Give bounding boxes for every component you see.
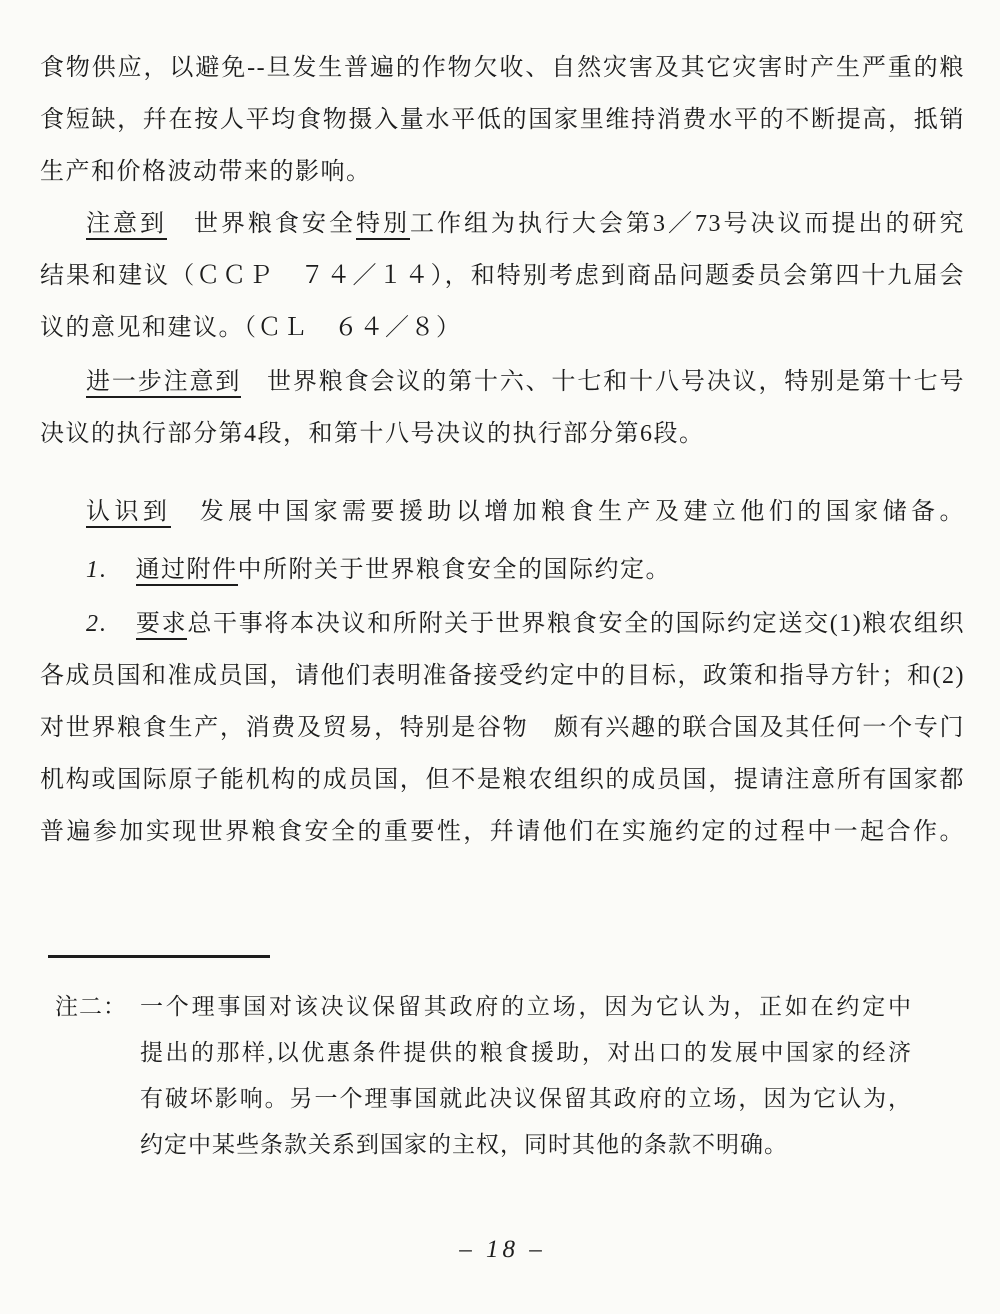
text-run: 一个理事国对该决议保留其政府的立场，因为它认为，正如在约定中 bbox=[140, 994, 912, 1019]
underlined-text: 注意到 bbox=[86, 211, 167, 240]
underlined-text: 特別 bbox=[356, 211, 410, 240]
text-run: 议的意见和建议。（ＣＬ ６４／８） bbox=[40, 315, 462, 341]
text-line: 各成员国和准成员国，请他们表明准备接受约定中的目标，政策和指导方针；和(2) bbox=[40, 650, 965, 702]
text-run bbox=[110, 557, 136, 583]
text-line: 注意到 世界粮食安全特別工作组为执行大会第3／73号决议而提出的研究 bbox=[40, 198, 965, 250]
underlined-text: 进一步注意到 bbox=[86, 369, 241, 398]
text-line: 对世界粮食生产，消费及贸易，特别是谷物 颇有兴趣的联合国及其任何一个专门 bbox=[40, 702, 965, 754]
text-run: 结果和建议（ＣＣＰ ７４／１４），和特别考虑到商品问题委员会第四十九届会 bbox=[40, 263, 965, 289]
text-run: 对世界粮食生产，消费及贸易，特别是谷物 颇有兴趣的联合国及其任何一个专门 bbox=[40, 715, 965, 741]
text-run: 中所附关于世界粮食安全的国际约定。 bbox=[238, 557, 672, 583]
para-further-noting: 进一步注意到 世界粮食会议的第十六、十七和十八号决议，特别是第十七号决议的执行部… bbox=[40, 356, 965, 460]
text-line: 食短缺，幷在按人平均食物摄入量水平低的国家里维持消费水平的不断提高，抵销 bbox=[40, 94, 965, 146]
text-line: 1. 通过附件中所附关于世界粮食安全的国际约定。 bbox=[40, 544, 965, 596]
para-noting: 注意到 世界粮食安全特別工作组为执行大会第3／73号决议而提出的研究结果和建议（… bbox=[40, 198, 965, 354]
item-number: 2. bbox=[86, 611, 110, 637]
footnote-separator-rule bbox=[48, 955, 270, 958]
text-line: 一个理事国对该决议保留其政府的立场，因为它认为，正如在约定中 bbox=[140, 984, 912, 1030]
text-line: 食物供应，以避免--旦发生普遍的作物欠收、自然灾害及其它灾害时产生严重的粮 bbox=[40, 42, 965, 94]
underlined-text: 通过 bbox=[136, 557, 187, 586]
text-run bbox=[110, 611, 136, 637]
underlined-text: 附件 bbox=[187, 557, 238, 586]
text-run: 生产和价格波动带来的影响。 bbox=[40, 159, 372, 185]
text-line: 普遍参加实现世界粮食安全的重要性，幷请他们在实施约定的过程中一起合作。 bbox=[40, 806, 965, 858]
item-number: 1. bbox=[86, 557, 110, 583]
text-run: 工作组为执行大会第3／73号决议而提出的研究 bbox=[410, 211, 965, 237]
underlined-text: 要求 bbox=[136, 611, 187, 640]
text-line: 进一步注意到 世界粮食会议的第十六、十七和十八号决议，特别是第十七号 bbox=[40, 356, 965, 408]
text-line: 认识到 发展中国家需要援助以增加粮食生产及建立他们的国家储备。 bbox=[40, 486, 965, 538]
footnote: 注二： 一个理事国对该决议保留其政府的立场，因为它认为，正如在约定中提出的那样,… bbox=[40, 984, 965, 1168]
text-run: 总干事将本决议和所附关于世界粮食安全的国际约定送交(1)粮农组织 bbox=[187, 611, 965, 637]
item-2: 2. 要求总干事将本决议和所附关于世界粮食安全的国际约定送交(1)粮农组织各成员… bbox=[40, 598, 965, 858]
text-run: 世界粮食安全 bbox=[167, 211, 356, 237]
underlined-text: 认识到 bbox=[86, 499, 171, 528]
footnote-body: 一个理事国对该决议保留其政府的立场，因为它认为，正如在约定中提出的那样,以优惠条… bbox=[140, 984, 912, 1168]
text-line: 决议的执行部分第4段，和第十八号决议的执行部分第6段。 bbox=[40, 408, 965, 460]
item-1: 1. 通过附件中所附关于世界粮食安全的国际约定。 bbox=[40, 544, 965, 596]
text-run: 发展中国家需要援助以增加粮食生产及建立他们的国家储备。 bbox=[171, 499, 965, 525]
text-line: 结果和建议（ＣＣＰ ７４／１４），和特别考虑到商品问题委员会第四十九届会 bbox=[40, 250, 965, 302]
text-run: 普遍参加实现世界粮食安全的重要性，幷请他们在实施约定的过程中一起合作。 bbox=[40, 819, 965, 845]
text-run: 约定中某些条款关系到国家的主权，同时其他的条款不明确。 bbox=[140, 1132, 788, 1157]
page-number: – 18 – bbox=[40, 1235, 965, 1265]
text-line: 生产和价格波动带来的影响。 bbox=[40, 146, 965, 198]
document-body: 食物供应，以避免--旦发生普遍的作物欠收、自然灾害及其它灾害时产生严重的粮食短缺… bbox=[40, 42, 965, 858]
text-run: 食物供应，以避免--旦发生普遍的作物欠收、自然灾害及其它灾害时产生严重的粮 bbox=[40, 55, 965, 81]
text-line: 提出的那样,以优惠条件提供的粮食援助，对出口的发展中国家的经济 bbox=[140, 1030, 912, 1076]
text-line: 有破坏影响。另一个理事国就此决议保留其政府的立场，因为它认为， bbox=[140, 1076, 912, 1122]
para-food-supply: 食物供应，以避免--旦发生普遍的作物欠收、自然灾害及其它灾害时产生严重的粮食短缺… bbox=[40, 42, 965, 198]
text-line: 2. 要求总干事将本决议和所附关于世界粮食安全的国际约定送交(1)粮农组织 bbox=[40, 598, 965, 650]
text-run: 决议的执行部分第4段，和第十八号决议的执行部分第6段。 bbox=[40, 421, 705, 447]
text-line: 机构或国际原子能机构的成员国，但不是粮农组织的成员国，提请注意所有国家都 bbox=[40, 754, 965, 806]
footnote-label: 注二： bbox=[55, 984, 140, 1030]
text-run: 机构或国际原子能机构的成员国，但不是粮农组织的成员国，提请注意所有国家都 bbox=[40, 767, 965, 793]
text-run: 各成员国和准成员国，请他们表明准备接受约定中的目标，政策和指导方针；和(2) bbox=[40, 663, 965, 689]
text-line: 约定中某些条款关系到国家的主权，同时其他的条款不明确。 bbox=[140, 1122, 912, 1168]
text-run: 世界粮食会议的第十六、十七和十八号决议，特别是第十七号 bbox=[241, 369, 965, 395]
para-recognizing: 认识到 发展中国家需要援助以增加粮食生产及建立他们的国家储备。 bbox=[40, 486, 965, 538]
text-line: 议的意见和建议。（ＣＬ ６４／８） bbox=[40, 302, 965, 354]
text-run: 有破坏影响。另一个理事国就此决议保留其政府的立场，因为它认为， bbox=[140, 1086, 912, 1111]
text-run: 提出的那样,以优惠条件提供的粮食援助，对出口的发展中国家的经济 bbox=[140, 1040, 912, 1065]
text-run: 食短缺，幷在按人平均食物摄入量水平低的国家里维持消费水平的不断提高，抵销 bbox=[40, 107, 965, 133]
scanned-page: 食物供应，以避免--旦发生普遍的作物欠收、自然灾害及其它灾害时产生严重的粮食短缺… bbox=[40, 42, 965, 1265]
